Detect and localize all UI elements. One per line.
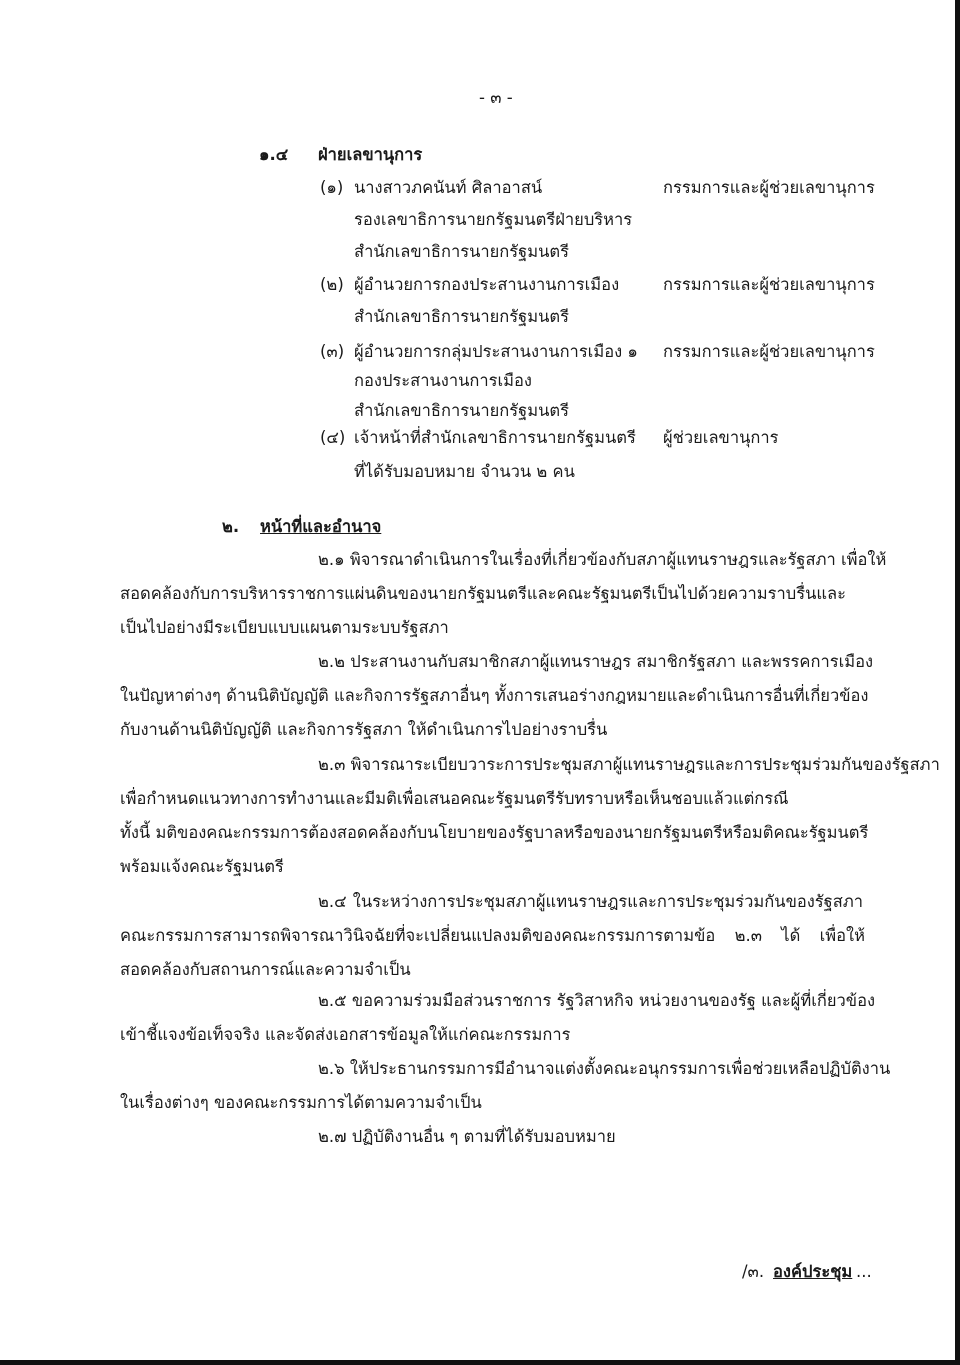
clause-line: ๒.๔ ในระหว่างการประชุมสภาผู้แทนราษฎรและก… <box>318 891 863 913</box>
clause-line: ๒.๖ ให้ประธานกรรมการมีอำนาจแต่งตั้งคณะอน… <box>318 1058 863 1080</box>
member-line: สำนักเลขาธิการนายกรัฐมนตรี <box>354 400 569 422</box>
member-line: นางสาวภคนันท์ ศิลาอาสน์ <box>354 177 542 199</box>
member-line: ผู้อำนวยการกองประสานงานการเมือง <box>354 274 619 296</box>
section-number: ๒. <box>222 516 239 538</box>
clause-line: พร้อมแจ้งคณะรัฐมนตรี <box>120 856 284 878</box>
footer-next-heading: องค์ประชุม <box>773 1261 852 1283</box>
footer-ellipsis: ... <box>856 1261 872 1283</box>
section-title: หน้าที่และอำนาจ <box>260 516 381 538</box>
member-line: สำนักเลขาธิการนายกรัฐมนตรี <box>354 241 569 263</box>
clause-line: ๒.๓ พิจารณาระเบียบวาระการประชุมสภาผู้แทน… <box>318 754 863 776</box>
member-line: สำนักเลขาธิการนายกรัฐมนตรี <box>354 306 569 328</box>
clause-line: ๒.๗ ปฏิบัติงานอื่น ๆ ตามที่ได้รับมอบหมาย <box>318 1126 616 1148</box>
section-title: ฝ่ายเลขานุการ <box>318 144 422 166</box>
member-line: เจ้าหน้าที่สำนักเลขาธิการนายกรัฐมนตรี <box>354 427 636 449</box>
member-role: กรรมการและผู้ช่วยเลขานุการ <box>663 177 875 199</box>
clause-line: คณะกรรมการสามารถพิจารณาวินิจฉัยที่จะเปลี… <box>120 925 865 947</box>
footer-prefix: /๓. <box>742 1261 764 1283</box>
member-role: ผู้ช่วยเลขานุการ <box>663 427 779 449</box>
section-number: ๑.๔ <box>259 144 288 166</box>
member-index: (๓) <box>320 341 344 363</box>
scan-edge-right <box>955 0 960 1365</box>
clause-line: สอดคล้องกับการบริหารราชการแผ่นดินของนายก… <box>120 583 865 605</box>
member-line: ผู้อำนวยการกลุ่มประสานงานการเมือง ๑ <box>354 341 638 363</box>
clause-line: กับงานด้านนิติบัญญัติ และกิจการรัฐสภา ให… <box>120 719 607 741</box>
member-line: รองเลขาธิการนายกรัฐมนตรีฝ่ายบริหาร <box>354 209 632 231</box>
member-line: กองประสานงานการเมือง <box>354 370 532 392</box>
clause-line: เพื่อกำหนดแนวทางการทำงานและมีมติเพื่อเสน… <box>120 788 865 810</box>
clause-line: ๒.๒ ประสานงานกับสมาชิกสภาผู้แทนราษฎร สมา… <box>318 651 863 673</box>
page-number: - ๓ - <box>479 87 513 109</box>
member-index: (๒) <box>320 274 344 296</box>
clause-line: ในเรื่องต่างๆ ของคณะกรรมการได้ตามความจำเ… <box>120 1092 482 1114</box>
clause-line: ๒.๕ ขอความร่วมมือส่วนราชการ รัฐวิสาหกิจ … <box>318 990 863 1012</box>
member-role: กรรมการและผู้ช่วยเลขานุการ <box>663 274 875 296</box>
member-index: (๔) <box>320 427 345 449</box>
clause-line: เป็นไปอย่างมีระเบียบแบบแผนตามระบบรัฐสภา <box>120 617 449 639</box>
clause-line: ๒.๑ พิจารณาดำเนินการในเรื่องที่เกี่ยวข้อ… <box>318 549 863 571</box>
clause-line: สอดคล้องกับสถานการณ์และความจำเป็น <box>120 959 411 981</box>
clause-line: เข้าชี้แจงข้อเท็จจริง และจัดส่งเอกสารข้อ… <box>120 1024 570 1046</box>
scan-edge-bottom <box>0 1360 960 1365</box>
member-line: ที่ได้รับมอบหมาย จำนวน ๒ คน <box>354 461 575 483</box>
clause-line: ในปัญหาต่างๆ ด้านนิติบัญญัติ และกิจการรั… <box>120 685 865 707</box>
member-role: กรรมการและผู้ช่วยเลขานุการ <box>663 341 875 363</box>
member-index: (๑) <box>320 177 343 199</box>
clause-line: ทั้งนี้ มติของคณะกรรมการต้องสอดคล้องกับน… <box>120 822 865 844</box>
